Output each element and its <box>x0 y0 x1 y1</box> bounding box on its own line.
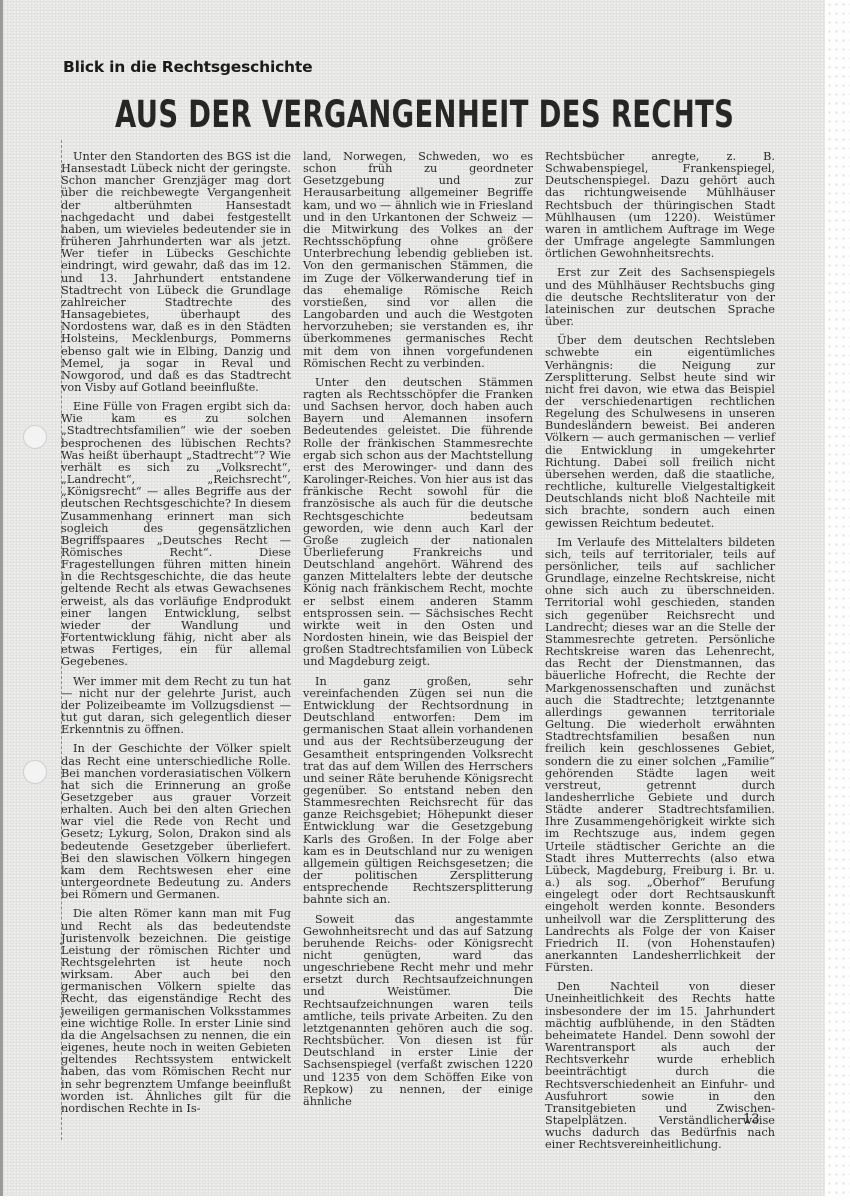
paragraph: In ganz großen, sehr vereinfachenden Züg… <box>303 676 533 907</box>
paragraph: Im Verlaufe des Mittelalters bildeten si… <box>545 537 775 975</box>
article-title: AUS DER VERGANGENHEIT DES RECHTS <box>115 93 734 136</box>
section-kicker: Blick in die Rechtsgeschichte <box>63 58 312 76</box>
column-1: Unter den Standorten des BGS ist die Han… <box>61 151 291 1121</box>
paragraph: Die alten Römer kann man mit Fug und Rec… <box>61 908 291 1115</box>
paragraph: Soweit das angestammte Gewohnheitsrecht … <box>303 914 533 1109</box>
column-2: land, Norwegen, Schweden, wo es schon fr… <box>303 151 533 1121</box>
paragraph: Unter den deutschen Stämmen ragten als R… <box>303 377 533 669</box>
column-3: Rechtsbücher anregte, z. B. Schwabenspie… <box>545 151 775 1121</box>
paragraph: Den Nachteil von dieser Uneinheitlichkei… <box>545 981 775 1151</box>
punch-hole-top <box>23 425 47 449</box>
scan-edge <box>826 0 850 1200</box>
page-number: 13 <box>743 1112 760 1127</box>
paragraph: Wer immer mit dem Recht zu tun hat — nic… <box>61 676 291 737</box>
paragraph-continued: land, Norwegen, Schweden, wo es schon fr… <box>303 151 533 370</box>
paragraph: Erst zur Zeit des Sachsenspiegels und de… <box>545 267 775 328</box>
paragraph: In der Geschichte der Völker spielt das … <box>61 743 291 901</box>
paragraph: Über dem deutschen Rechtsleben schwebte … <box>545 335 775 530</box>
paragraph: Eine Fülle von Fragen ergibt sich da: Wi… <box>61 401 291 668</box>
article-body: Unter den Standorten des BGS ist die Han… <box>61 151 777 1121</box>
paragraph-continued: Rechtsbücher anregte, z. B. Schwabenspie… <box>545 151 775 260</box>
paragraph: Unter den Standorten des BGS ist die Han… <box>61 151 291 394</box>
punch-hole-bottom <box>23 760 47 784</box>
document-page: Blick in die Rechtsgeschichte AUS DER VE… <box>0 0 825 1196</box>
